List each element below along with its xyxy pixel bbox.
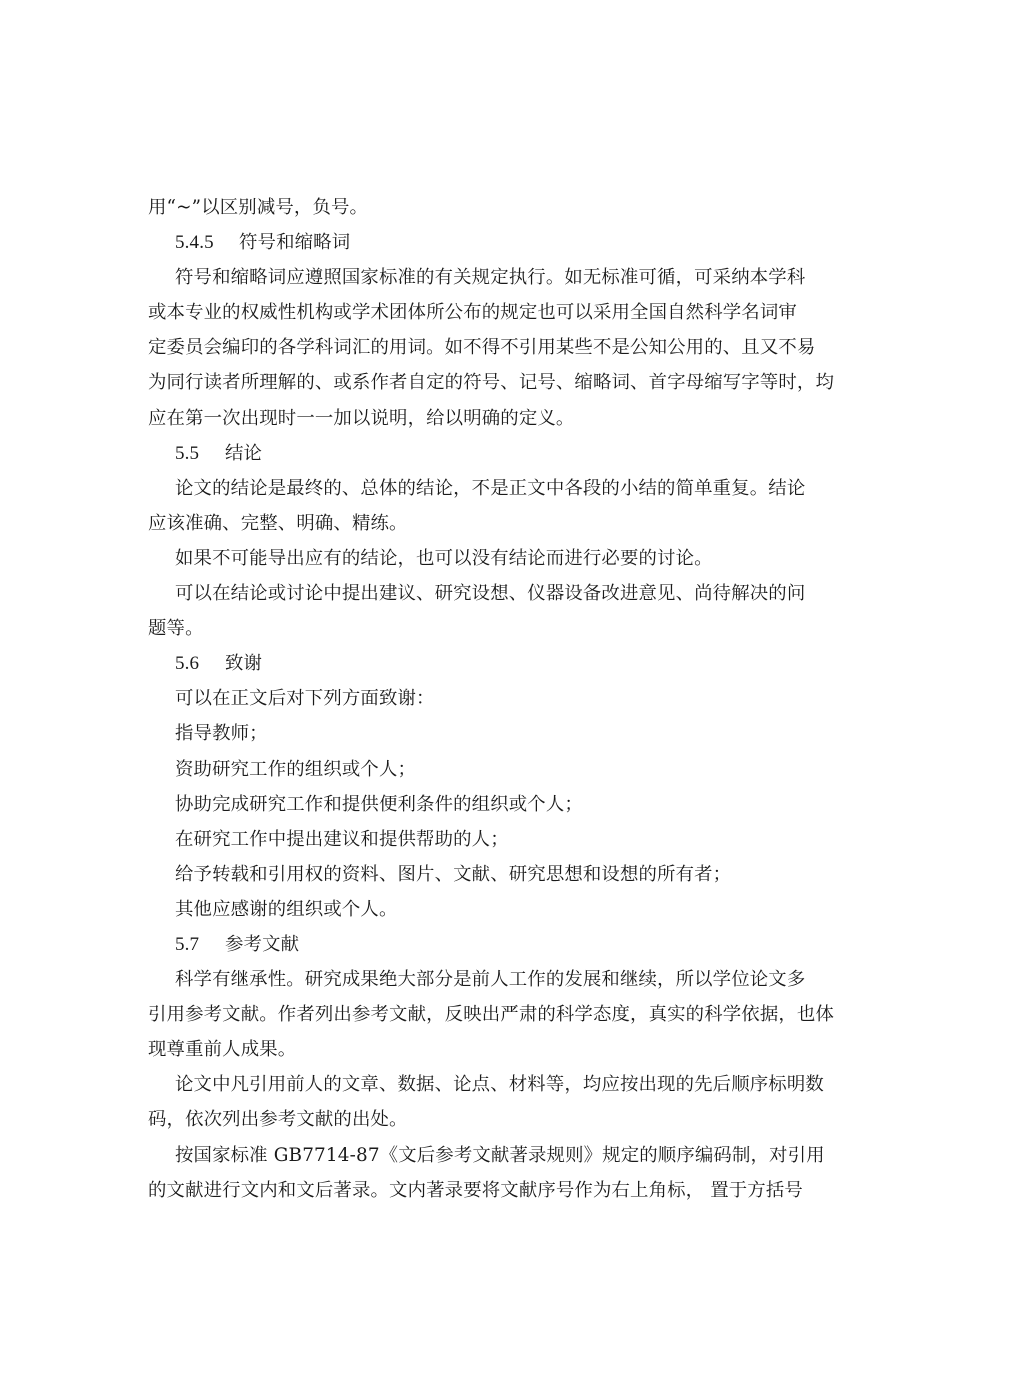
paragraph-conclusion-suggestions: 可以在结论或讨论中提出建议、研究设想、仪器设备改进意见、尚待解决的问 题等。 bbox=[148, 576, 884, 646]
list-item: 给予转载和引用权的资料、图片、文献、研究思想和设想的所有者； bbox=[148, 857, 884, 892]
text-line: 码，依次列出参考文献的出处。 bbox=[148, 1102, 884, 1137]
ack-item-funding: 资助研究工作的组织或个人； bbox=[148, 752, 884, 787]
text-line: 科学有继承性。研究成果绝大部分是前人工作的发展和继续，所以学位论文多 bbox=[148, 962, 884, 997]
text-line: 现尊重前人成果。 bbox=[148, 1032, 884, 1067]
text-line: 按国家标准 GB7714-87《文后参考文献著录规则》规定的顺序编码制，对引用 bbox=[148, 1138, 884, 1173]
heading-5-4-5: 5.4.5符号和缩略词 bbox=[148, 225, 884, 260]
section-number: 5.5 bbox=[175, 436, 225, 471]
text-line: 的文献进行文内和文后著录。文内著录要将文献序号作为右上角标， 置于方括号 bbox=[148, 1173, 884, 1208]
section-title: 参考文献 bbox=[225, 934, 299, 955]
section-number: 5.7 bbox=[175, 927, 225, 962]
list-item: 指导教师； bbox=[148, 716, 884, 751]
paragraph-references-standard: 按国家标准 GB7714-87《文后参考文献著录规则》规定的顺序编码制，对引用 … bbox=[148, 1138, 884, 1208]
text-line: 论文中凡引用前人的文章、数据、论点、材料等，均应按出现的先后顺序标明数 bbox=[148, 1067, 884, 1102]
section-title: 致谢 bbox=[225, 653, 262, 674]
ack-item-advice: 在研究工作中提出建议和提供帮助的人； bbox=[148, 822, 884, 857]
paragraph-conclusion-definition: 论文的结论是最终的、总体的结论，不是正文中各段的小结的简单重复。结论 应该准确、… bbox=[148, 471, 884, 541]
section-title: 符号和缩略词 bbox=[239, 232, 350, 253]
text-line: 论文的结论是最终的、总体的结论，不是正文中各段的小结的简单重复。结论 bbox=[148, 471, 884, 506]
paragraph-conclusion-discussion: 如果不可能导出应有的结论，也可以没有结论而进行必要的讨论。 bbox=[148, 541, 884, 576]
text-line: 为同行读者所理解的、或系作者自定的符号、记号、缩略词、首字母缩写字等时，均 bbox=[148, 365, 884, 400]
text-line: 如果不可能导出应有的结论，也可以没有结论而进行必要的讨论。 bbox=[148, 541, 884, 576]
text-line: 应该准确、完整、明确、精练。 bbox=[148, 506, 884, 541]
ack-item-advisor: 指导教师； bbox=[148, 716, 884, 751]
heading-5-6: 5.6致谢 bbox=[148, 646, 884, 681]
paragraph-ack-intro: 可以在正文后对下列方面致谢： bbox=[148, 681, 884, 716]
text-line: 符号和缩略词应遵照国家标准的有关规定执行。如无标准可循，可采纳本学科 bbox=[148, 260, 884, 295]
list-item: 在研究工作中提出建议和提供帮助的人； bbox=[148, 822, 884, 857]
paragraph-tilde-note: 用“~”以区别减号，负号。 bbox=[148, 190, 884, 225]
text-line: 或本专业的权威性机构或学术团体所公布的规定也可以采用全国自然科学名词审 bbox=[148, 295, 884, 330]
text-line: 引用参考文献。作者列出参考文献，反映出严肃的科学态度，真实的科学依据，也体 bbox=[148, 997, 884, 1032]
heading-5-7: 5.7参考文献 bbox=[148, 927, 884, 962]
text-line: 可以在结论或讨论中提出建议、研究设想、仪器设备改进意见、尚待解决的问 bbox=[148, 576, 884, 611]
paragraph-references-inheritance: 科学有继承性。研究成果绝大部分是前人工作的发展和继续，所以学位论文多 引用参考文… bbox=[148, 962, 884, 1067]
list-item: 其他应感谢的组织或个人。 bbox=[148, 892, 884, 927]
list-item: 协助完成研究工作和提供便利条件的组织或个人； bbox=[148, 787, 884, 822]
paragraph-references-citing: 论文中凡引用前人的文章、数据、论点、材料等，均应按出现的先后顺序标明数 码，依次… bbox=[148, 1067, 884, 1137]
text-line: 应在第一次出现时一一加以说明，给以明确的定义。 bbox=[148, 401, 884, 436]
text-line: 题等。 bbox=[148, 611, 884, 646]
text-line: 用“~”以区别减号，负号。 bbox=[148, 190, 884, 225]
heading-5-5: 5.5结论 bbox=[148, 436, 884, 471]
list-item: 资助研究工作的组织或个人； bbox=[148, 752, 884, 787]
ack-item-rights: 给予转载和引用权的资料、图片、文献、研究思想和设想的所有者； bbox=[148, 857, 884, 892]
section-number: 5.4.5 bbox=[175, 225, 239, 260]
ack-item-assist: 协助完成研究工作和提供便利条件的组织或个人； bbox=[148, 787, 884, 822]
ack-item-others: 其他应感谢的组织或个人。 bbox=[148, 892, 884, 927]
text-line: 可以在正文后对下列方面致谢： bbox=[148, 681, 884, 716]
document-page: 用“~”以区别减号，负号。 5.4.5符号和缩略词 符号和缩略词应遵照国家标准的… bbox=[148, 190, 884, 1208]
paragraph-symbols-rules: 符号和缩略词应遵照国家标准的有关规定执行。如无标准可循，可采纳本学科 或本专业的… bbox=[148, 260, 884, 435]
section-number: 5.6 bbox=[175, 646, 225, 681]
section-title: 结论 bbox=[225, 443, 262, 464]
text-line: 定委员会编印的各学科词汇的用词。如不得不引用某些不是公知公用的、且又不易 bbox=[148, 330, 884, 365]
